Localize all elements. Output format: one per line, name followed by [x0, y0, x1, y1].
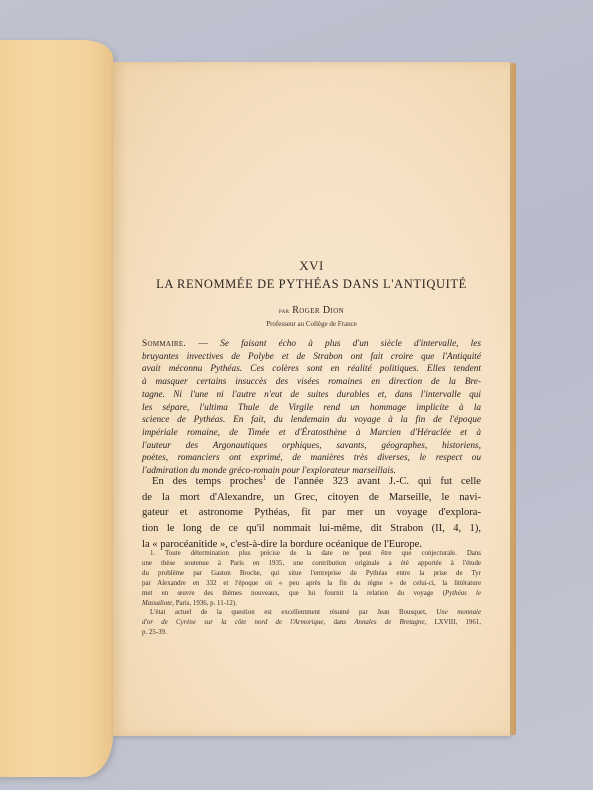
summary-line: l'auteur des Argonautiques orphiques, sa…	[142, 440, 481, 453]
summary-paragraph: Sommaire. — Se faisant écho à plus d'un …	[142, 338, 481, 478]
summary-line: bruyantes invectives de Polybe et de Str…	[142, 351, 481, 364]
summary-line: les sépare, l'ultima Thule de Virgile re…	[142, 402, 481, 415]
body-line: gateur et astronome Pythéas, fit par mer…	[142, 505, 481, 521]
byline: par Roger Dion	[113, 305, 510, 316]
footnote-line: 1. Toute détermination plus précise de l…	[142, 549, 481, 559]
footnote-line: met en œuvre des thèmes nouveaux, que lu…	[142, 589, 481, 599]
summary-label: Sommaire. —	[142, 339, 208, 349]
footnote-line: du problème par Gaston Broche, qui situe…	[142, 569, 481, 579]
summary-line: poètes, romanciers ont exprimé, de maniè…	[142, 452, 481, 465]
footnote-line: L'état actuel de la question est excelle…	[142, 608, 481, 618]
byline-prefix: par	[279, 306, 289, 315]
chapter-number: XVI	[113, 258, 510, 274]
chapter-title: LA RENOMMÉE DE PYTHÉAS DANS L'ANTIQUITÉ	[113, 277, 510, 292]
summary-line: impériale romaine, de Timée et d'Ératost…	[142, 427, 481, 440]
footnote-line: par Alexandre en 332 et l'époque où « pe…	[142, 579, 481, 589]
footnote-line: une thèse soutenue à Paris en 1935, une …	[142, 559, 481, 569]
author-name: Roger Dion	[292, 305, 344, 316]
footnote-line: Massaliote, Paris, 1936, p. 11-12).	[142, 599, 481, 609]
author-affiliation: Professeur au Collège de France	[113, 320, 510, 328]
left-page-curl	[0, 40, 113, 777]
body-paragraph: En des temps proches1 de l'année 323 ava…	[142, 474, 481, 553]
summary-line: tagne. Ni l'une ni l'autre n'eut de suit…	[142, 389, 481, 402]
body-line: En des temps proches1 de l'année 323 ava…	[142, 474, 481, 490]
body-line: de la mort d'Alexandre, un Grec, citoyen…	[142, 490, 481, 506]
footnote-line: p. 25-39.	[142, 628, 481, 638]
summary-line: science de Pythéas. En fait, du lendemai…	[142, 414, 481, 427]
summary-line: avait méconnu Pythéas. Ces colères sont …	[142, 363, 481, 376]
book-page: XVI LA RENOMMÉE DE PYTHÉAS DANS L'ANTIQU…	[113, 62, 510, 736]
footnotes: 1. Toute détermination plus précise de l…	[142, 549, 481, 638]
body-line: tion le long de ce qu'il nommait lui-mêm…	[142, 521, 481, 537]
footnote-line: d'or de Cyrène sur la côte nord de l'Arm…	[142, 618, 481, 628]
summary-line: à masquer certains insuccès des visées r…	[142, 376, 481, 389]
summary-line: Sommaire. — Se faisant écho à plus d'un …	[142, 338, 481, 351]
